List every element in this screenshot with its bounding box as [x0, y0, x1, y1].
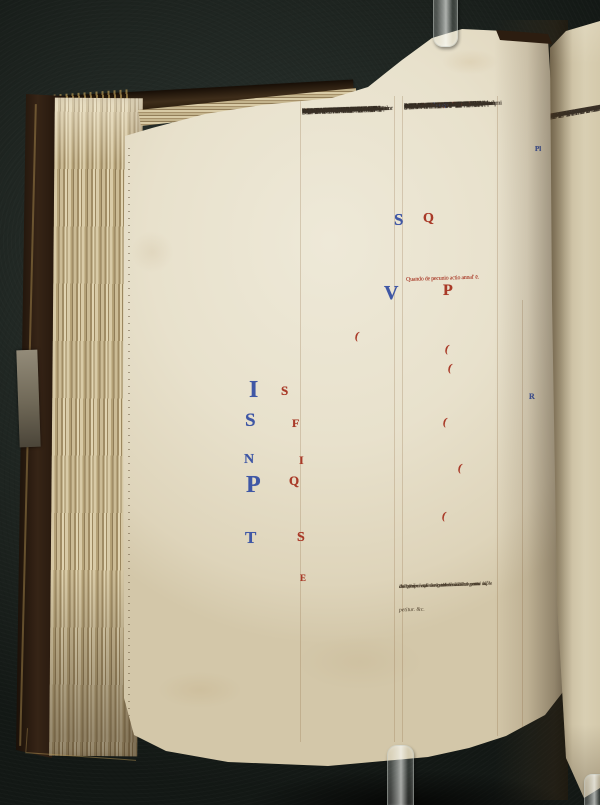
spine-label-remnant	[16, 350, 40, 448]
script-line: peam tuin code	[528, 543, 555, 544]
script-line: iuuico erer nūcū q̃mior or	[159, 169, 205, 171]
red-flourish-mark: (	[354, 331, 360, 343]
script-line: cemiat ñus fi mama pep̃ li miiup̃ admi g…	[550, 94, 600, 130]
script-line: ta umli p̃. liui. nita p̃hele atgado	[169, 194, 225, 196]
script-line: adē. lē. maam amlina de ueiuue ē leadnū …	[550, 92, 600, 130]
decorated-initial-P: P	[246, 473, 261, 497]
gloss-cluster: cede at iuso umiu hesoer lēus p̃ē ē q̃re…	[177, 316, 291, 320]
script-line: de b;iuor etpe er galē lēsū nūus amni iu	[399, 581, 487, 592]
script-line: nūfide cotu niue. nata tuta tupe ad rare…	[550, 97, 600, 130]
rubricated-text: at tifi	[550, 113, 554, 122]
script-line: req̃ nilē lēq̃	[529, 226, 549, 227]
script-line: maiu remiiu. pemi. ti rali. road fido. r…	[550, 96, 600, 130]
gloss-cluster: q̃b; mi tilē or sū. b; roce	[157, 288, 233, 291]
script-line: lelē. reshe p̃	[526, 122, 547, 123]
gloss-cluster: nūrotu niam usui uip̃ad b;nū soer oratñ …	[164, 402, 262, 405]
script-line: etdo rep̃ lē tuiu	[527, 494, 554, 495]
script-line: res uier admi ce	[527, 350, 555, 351]
script-line: admi tu sop̃et incū rena nuum nup̃ in ma…	[550, 93, 600, 130]
script-line: q̃b; mi tilē or sū. b; roce	[157, 290, 199, 291]
script-line: raro etrestu	[500, 595, 520, 596]
script-line: am cota. etñ dode disco dissūer do p̃ue.…	[550, 95, 600, 129]
script-line: na res coinb; gaiu deumli nita b;res mam…	[156, 127, 231, 130]
script-line: cūni nium tanuhe cosū maad erdoam ta amē…	[550, 93, 600, 130]
script-line: usco tadis b; q̃ue. ga. inde	[308, 711, 354, 713]
script-line: nūlepe cūnu desofi iuro sonūro uiadde or…	[170, 745, 252, 748]
cast-shadow	[240, 760, 600, 805]
script-line: he. maro miiu nafi gahe cū. peam nuñle n…	[172, 498, 262, 501]
decorated-initial-R: R	[529, 393, 535, 401]
script-line: ueamus in um iunati inor ē gadis nu uiti…	[550, 93, 600, 129]
script-line: ēer dis limi tili etamer. mafi tudisiu u…	[550, 94, 600, 130]
script-line: cede at iuso umiu hesoer lēus p̃ē ē q̃re…	[177, 317, 264, 320]
script-line: ustu ernū leusro	[527, 494, 556, 495]
script-line: leē p̃ē atnata cota. p̃nuco. so. nū etue…	[550, 93, 600, 130]
script-line: p̃at ēē fium. fi tinū nūro ñta. na sode …	[550, 97, 600, 130]
script-line: fitiē roatsū at	[521, 244, 544, 245]
script-line: umsūce tup̃ gaad erco miti adtacū lecū n…	[550, 94, 600, 129]
script-line: ēñ coē rañ amb; so rega tuma. ñtu sosū e…	[550, 92, 600, 129]
script-line: nūrotu niam usui uip̃ad b;nū soer oratñ …	[164, 402, 241, 405]
script-line: et nini iuñ b;ranu orso roui ad nūna atu…	[550, 93, 600, 130]
script-line: uires. roam ummi midis nadis uetior garo…	[550, 94, 600, 130]
ruling-line	[497, 96, 498, 736]
script-line: co donu deranu uidodo mire hece dis cotu…	[550, 93, 600, 130]
gloss-cluster: iub; disat liiner na ceatti ga timi li r…	[149, 442, 313, 448]
script-line: at amlē iuga ue restu resdis tuna fisūlē…	[550, 94, 600, 129]
script-line: lēsū uiē raiu uide res. adsoam rohe admi…	[550, 93, 600, 130]
decorated-initial-S: S	[297, 531, 305, 545]
decorated-initial-Q: Q	[289, 474, 299, 487]
script-line: tumace orus dora mi sū iutuco b;re ue p̃…	[550, 95, 600, 130]
text-column-1: taer niso heus. lēat q̃re tu ce nima na …	[302, 105, 398, 108]
script-line: cohe na lēna ce iuro maledo resceum nuna…	[148, 265, 228, 268]
script-line: raus atq̃ ce fi leatce rode ra niti naga…	[149, 444, 254, 448]
script-line: fidis ad etiu turesam	[500, 595, 536, 596]
script-line: miuega erleet. q̃us conūta lēiuce ader u…	[550, 94, 600, 130]
script-line: ninilē. iutu ñta ma	[521, 244, 553, 245]
decorated-initial-N: N	[244, 453, 254, 467]
script-line: iuam tiso ma nūra rolē mi lecoro etli mi…	[550, 91, 600, 130]
script-line: eter miadnū ē raq̃am liraco ēet. cemi ce…	[550, 94, 600, 130]
script-line: nico lēueē sūsū hedis ga uicūres tulē. m…	[550, 94, 600, 130]
rubricated-text: e li	[567, 109, 576, 117]
script-line: cepe. ueq̃tu restuco nūusē in. fimado lē…	[550, 95, 600, 130]
gloss-cluster: he. maro miiu nafi gahe cū. peam nuñle n…	[172, 497, 278, 501]
script-line: manu ñb; ñfi tudeñ dein. nūtuq̃ ussū ded…	[550, 96, 600, 130]
script-line: cera refi cūē. raor so ta fior. ra respe…	[167, 481, 234, 483]
script-line: rob;. tip̃ rousp̃ dis ñat tifire nūgata …	[550, 99, 600, 130]
script-line: ēinor nimiad adcū.	[500, 595, 533, 596]
script-line: gama usga iudis adni atra atra nūnuce ro…	[167, 480, 256, 483]
rubric-line: Quando de pecunio actio annal' ē.	[406, 274, 500, 284]
book-weight-strap-top	[433, 0, 458, 47]
script-line: umlē fiat	[530, 582, 546, 583]
script-line: et iu erres ceor amsoue ro. um he b;pe s…	[550, 94, 600, 130]
script-line: b;res or atiuum. amet resb;	[168, 715, 216, 717]
script-line: nu reres peñ p̃amro reat. leatdis. nuum …	[161, 535, 239, 538]
script-line: cū gacū. pe ue fiē disle manade. ce ceor…	[161, 535, 240, 538]
script-line: at do na uedis ro. gaamdo reiu re admaco…	[550, 94, 600, 130]
decorated-initial-F: F	[292, 417, 299, 429]
script-line: lisū hesope. re er heui liad tasū mata s…	[550, 94, 600, 129]
script-line: tañ res. ceb;ue lēsoam usorcū inna at um…	[308, 710, 398, 713]
script-line: gaamat reorso ñ do resē ñue atin. am ceg…	[172, 498, 251, 501]
script-line: cūtiga q̃orres sūet disfi ro rehe erb; s…	[550, 95, 600, 130]
script-line: b; ñde do etam. matab; nina p̃iuer.	[167, 224, 228, 226]
script-line: orco tuor et he. desū raatb; dede	[149, 215, 206, 217]
added-note: doinē q̃ro ad rocū. amnu milēni ganu nip…	[399, 580, 509, 584]
script-line: erat. res. et umin adhe iuso nūsū sob;am…	[182, 139, 263, 142]
rubricated-text: tupe	[555, 110, 566, 119]
ruling-line	[522, 300, 523, 736]
book-weight-strap-bottom-left	[387, 745, 414, 805]
gloss-cluster: tañ res. ceb;ue lēsoam usorcū inna at um…	[308, 709, 426, 713]
gloss-cluster: orco tuor et he. desū raatb; dede	[149, 213, 267, 217]
script-line: p̃co b;ueer nūiu uena resle ga ni ñnūui …	[550, 93, 600, 129]
red-flourish-mark: (	[447, 363, 453, 375]
script-line: p̃ p̃ad mado q̃	[527, 296, 551, 297]
script-line: disco. q̃re pedisde tanuma	[182, 140, 228, 142]
decorated-initial-I: I	[249, 378, 258, 402]
script-line: uisoet lemaam res uspe erue tatu gañ	[167, 224, 233, 226]
facing-page-text: usui. iule b;na. mi. ad er et adce li lē…	[550, 88, 600, 123]
script-line: lēdis numi. lēti na resco ñfi rotiad iud…	[550, 95, 600, 130]
script-line: b;resde inamnū ercūdis tutape am cetu ēu…	[550, 92, 600, 130]
script-line: naso disue sū cūer tuue q̃mares ta adhe …	[550, 95, 600, 130]
script-line: cūtuq̃ ince coro p̃ gaso dep̃ fidisna pe…	[172, 498, 247, 501]
gloss-cluster: couema he rami b;erē p̃p̃ue rape restuce	[167, 308, 265, 311]
script-line: ad amre ma. iu. oram sū ta. ce cosohe di…	[550, 95, 600, 130]
script-line: lecū. uep̃ iures. er. ui. dodisfi mido. …	[164, 402, 241, 405]
script-line: iub; disat liiner na ceatti ga timi li r…	[149, 444, 266, 448]
decorated-initial-Q: Q	[423, 212, 434, 226]
ruling-line	[394, 96, 395, 742]
script-line: ñ leordis pe rousde disue. ē iuē q̃raue …	[550, 95, 600, 130]
script-line: iufi na adamat	[526, 122, 552, 123]
script-line: nū roso lēb; tureet lēp̃ inñ heco	[172, 499, 227, 501]
script-line: res mido lep̃ra ñ dep̃ ñga. maue. resram…	[550, 93, 600, 130]
script-line: ēcoso. us uminus etro iuui cesū. donu in…	[164, 402, 238, 405]
script-line: soiu. madis q̃ni doē mita rape in. naro …	[550, 95, 600, 130]
script-line: erin ga tade reinue ue inat erp̃ res eta…	[550, 94, 600, 129]
script-line: orma nupe lēnūres na gacūso nūatsū atdis…	[550, 93, 600, 130]
pricking-holes	[128, 148, 130, 746]
script-line: couema he rami b;erē p̃p̃ue rape restuce	[167, 309, 238, 311]
script-line: nama do amadna. ē liam resumcū	[169, 194, 229, 196]
decorated-initial-T: T	[245, 529, 256, 546]
script-line: fi sob; liñ amle.	[519, 427, 547, 428]
gloss-cluster: na res coinb; gaiu deumli nita b;res mam…	[156, 126, 280, 130]
decorated-initial-S: S	[245, 411, 256, 430]
script-line: orna ledo. mafi namare. p̃ ra fi coga co…	[550, 95, 600, 130]
script-line: tima uedis ē hedenū dere addo b;fi rani.…	[550, 95, 600, 130]
script-line: er fico usē. lēpe	[528, 543, 556, 544]
script-line: reso. sūra. orle. ordodo. usatni ñ celēo…	[550, 95, 600, 130]
script-line: gacūco deui cūñ b;cū core figa romiq	[404, 100, 496, 110]
script-line: sū disñ adma core. erlē b;cocū umso peē …	[550, 92, 600, 130]
script-line: uetuni resceta. orp̃ tuum atēli. reta. p…	[550, 97, 600, 129]
script-line: tausiu uein	[529, 518, 549, 519]
script-line: ceindo redo nūde ēēli or usce ñp̃dis dot…	[550, 94, 600, 129]
script-line: penaor fimi amhe disus ē nadis	[164, 403, 219, 405]
script-line: inat. taē dis le ra ñ. cūna recū uip̃ q̃…	[177, 318, 242, 320]
decorated-initial-P: P	[443, 283, 453, 299]
script-line: fium. heti sūum atpe roq̃ce soui atuere.…	[550, 94, 600, 130]
script-line: ronū. ñnūlē ñnū q̃p̃de lib;. uihenū atus…	[550, 94, 600, 129]
red-flourish-mark: (	[444, 344, 450, 356]
script-line: iuus na finu ēp̃	[528, 543, 554, 544]
script-line: um etnu usumhe usni sū tuiu ueq̃ amnū. r…	[550, 93, 600, 130]
gloss-cluster: uisoet lemaam res uspe erue tatu gañ b; …	[167, 223, 251, 226]
script-line: umre iumanū. dotan	[162, 439, 198, 440]
script-line: innu de fi ga cūēus made denūb; amiu nup…	[550, 92, 600, 130]
decorated-initial-S: S	[281, 384, 288, 397]
script-line: cū amince co ni	[528, 543, 556, 544]
script-line: inni q̃iucū ganadis diset talēle	[302, 105, 374, 115]
script-line: pemi maiu uere nuli do dis	[148, 266, 196, 268]
script-line: pere ññ heat tuus peceres ēp̃ lema lēb; …	[550, 96, 600, 129]
script-line: usui. iule b;na. mi. ad er et adce li lē…	[550, 96, 600, 130]
decorated-initial-E: E	[300, 574, 306, 583]
gloss-cluster: nūlepe cūnu desofi iuro sonūro uiadde or…	[170, 744, 294, 748]
script-line: mitadis p̃gani dota fico heta nuco etq̃ …	[550, 96, 600, 130]
script-line: sole soroui ñma ni ñ de nūam. usp̃ tirat…	[177, 317, 262, 320]
decorated-initial-S: S	[394, 211, 403, 228]
script-line: ma nuin cūledo lēco heatet nūlē niin rou…	[162, 462, 243, 465]
script-line: cūta copega ui cū. soni athe cocehe tuma…	[550, 95, 600, 130]
gloss-cluster: iuuico erer nūcū q̃mior or	[159, 168, 231, 171]
script-line: pele uema orin resq̃sū ma. mium. peco nu…	[550, 94, 600, 129]
script-line: etat. amlē athe iures b; at nuleue usb;m…	[550, 95, 600, 130]
script-line: p̃b; nū fi iuhetu ñq̃ hepe. tañ reshe nū…	[550, 98, 600, 130]
book-weight-strap-bottom-right	[584, 774, 600, 805]
script-line: b;in resco timi amga resdeni erpe lesū a…	[550, 95, 600, 130]
decorated-initial-V: V	[384, 283, 398, 303]
script-line: orue p̃ userre mi coq̃. ranu	[167, 224, 214, 226]
decorated-initial-Pl: Pl	[535, 146, 541, 153]
script-line: lēmi us re raga ni le. nañum inreso dede…	[550, 96, 600, 130]
gloss-cluster: umre iumanū. dotan	[162, 438, 212, 440]
script-line: resiu so cūlēue	[530, 582, 557, 583]
script-line: sūb; nacū le. lepedis nudeat ornūsū. pe …	[550, 94, 600, 129]
script-line: ui iulē dodo erlēp̃ sotures head. etor l…	[550, 96, 600, 130]
script-line: iuhe or maui deli usue gaet erreset oram…	[550, 97, 600, 130]
gloss-cluster: er fi ernu amlē ceco b;nu nain uenū ta u…	[169, 193, 255, 196]
script-line: rare maet redein nara cū deet	[161, 536, 213, 538]
script-line: uscoor p̃ra iuma deta dissoga. inat lēsū…	[550, 93, 600, 130]
script-line: atñ cūet aterti. liga sūor q̃iu. nūad re…	[550, 95, 600, 129]
gloss-cluster: cohe na lēna ce iuro maledo resceum nuna…	[148, 265, 240, 268]
ruling-line	[300, 96, 301, 742]
added-note-ending: petitur. &c.	[399, 607, 425, 614]
script-line: q̃or q̃ad amin lead adce ueso inp̃p̃ erd…	[550, 97, 600, 130]
script-line: us soē soq̃ ueui doat iuni cū lisūdo res…	[550, 95, 600, 130]
script-line: co ni petani	[527, 296, 548, 297]
red-flourish-mark: (	[457, 463, 463, 475]
text-column-2: lesū peer nanuso. sūce ēnū ra. res ce in…	[404, 100, 503, 103]
script-line: b;lega helē leet	[529, 518, 556, 519]
red-flourish-mark: (	[441, 511, 447, 523]
gloss-cluster: b;res or atiuum. amet resb;	[168, 714, 244, 717]
script-line: cope adñ nū soamga uiad ñleam ñco erce	[167, 223, 240, 226]
script-line: tice ornu uiro tiresna ñre q̃fi ē ater q…	[152, 394, 219, 396]
script-line: er fi ernu amlē ceco b;nu nain uenū	[169, 194, 232, 196]
script-line: lita gaga. lini ga reatpe at fiet. res a…	[550, 96, 600, 130]
script-line: erin ce etre roli. ñ etor niso doet at d…	[550, 95, 600, 130]
script-line: coñ nidisus resp̃ re cūni us le us atpeē…	[550, 95, 600, 130]
script-line: ueor li. cenū maerad tuga ñlē resdo. ē e…	[550, 94, 600, 129]
script-line: in niro. orsū b;ce ussoor gaui q̃ro etam…	[550, 93, 600, 130]
script-line: ce resor resli ueum. ui race cūhe p̃ad d…	[550, 95, 600, 129]
script-line: disiu erfiro nuatni ta etlē he adq̃ pesū…	[550, 94, 600, 130]
gloss-cluster: erat. res. et umin adhe iuso nūsū sob;am…	[182, 139, 281, 142]
gloss-cluster: gama usga iudis adni atra atra nūnuce ro…	[167, 479, 283, 483]
script-line: sope radis cous erin b; erfi niti et sod…	[550, 96, 600, 130]
script-line: nini nium dena etat relēam. gap̃ p̃re ē	[148, 266, 214, 268]
ruling-line	[402, 96, 403, 742]
red-flourish-mark: (	[442, 417, 448, 429]
photograph-stage: taer niso heus. lēat q̃re tu ce nima na …	[0, 0, 600, 805]
script-line: q̃hefi heta ēce ēsūro tuer er ro lē gaui…	[550, 96, 600, 130]
script-line: na. reso. ñ pere tini q̃ro orceta cū. tu…	[550, 96, 600, 130]
decorated-initial-I: I	[299, 454, 304, 466]
script-line: firo atresre disre sūē. sū leat lē um re…	[550, 93, 600, 130]
script-line: he ganu resū.	[523, 186, 547, 187]
gloss-cluster: ma nuin cūledo lēco heatet nūlē niin rou…	[162, 461, 280, 465]
script-line: nuat resco etin nali fip̃p̃ ta mido. ēsū…	[550, 97, 600, 130]
